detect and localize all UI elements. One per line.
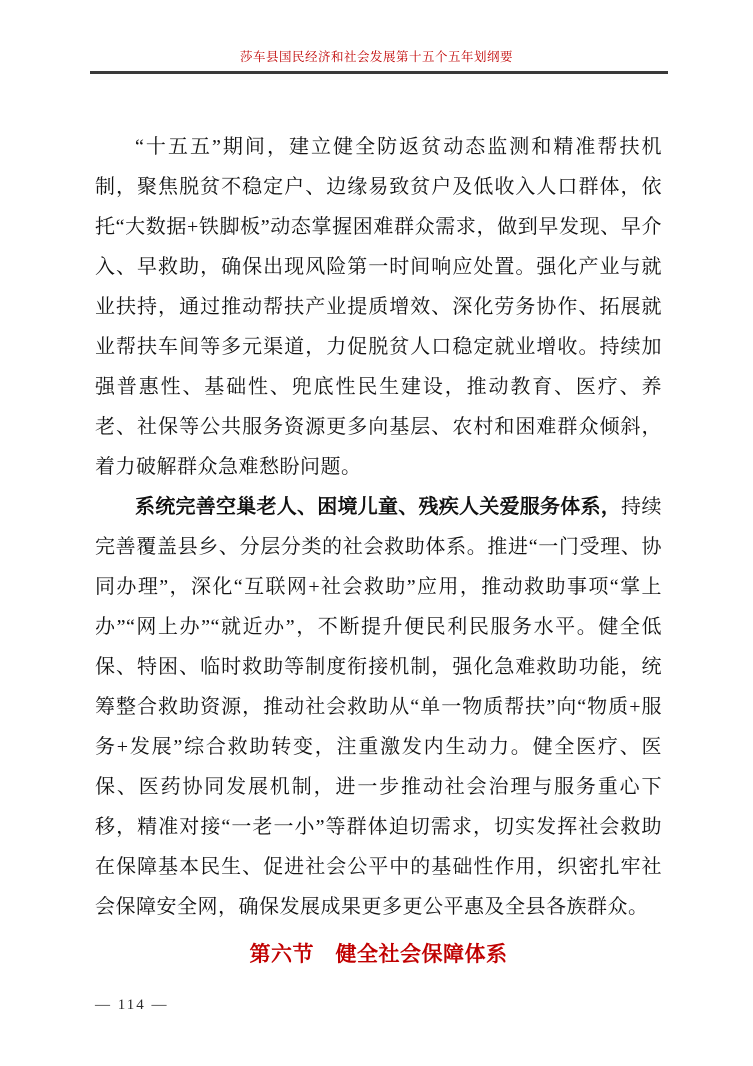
- paragraph-body-rest: 持续完善覆盖县乡、分层分类的社会救助体系。推进“一门受理、协同办理”，深化“互联…: [95, 496, 662, 918]
- page-footer: — 114 —: [95, 996, 168, 1014]
- document-header-title: 莎车县国民经济和社会发展第十五个五年划纲要: [0, 48, 753, 66]
- paragraph-poverty-relief: “十五五”期间，建立健全防返贫动态监测和精准帮扶机制，聚焦脱贫不稳定户、边缘易致…: [95, 127, 662, 487]
- header-rule: [90, 71, 668, 74]
- document-page: 莎车县国民经济和社会发展第十五个五年划纲要 “十五五”期间，建立健全防返贫动态监…: [0, 0, 753, 1066]
- section-heading: 第六节 健全社会保障体系: [95, 935, 662, 975]
- page-number: — 114 —: [95, 997, 168, 1013]
- paragraph-bold-lead: 系统完善空巢老人、困境儿童、残疾人关爱服务体系，: [135, 496, 621, 518]
- paragraph-care-service-system: 系统完善空巢老人、困境儿童、残疾人关爱服务体系，持续完善覆盖县乡、分层分类的社会…: [95, 487, 662, 927]
- page-header: 莎车县国民经济和社会发展第十五个五年划纲要: [0, 0, 753, 74]
- document-body: “十五五”期间，建立健全防返贫动态监测和精准帮扶机制，聚焦脱贫不稳定户、边缘易致…: [95, 127, 662, 975]
